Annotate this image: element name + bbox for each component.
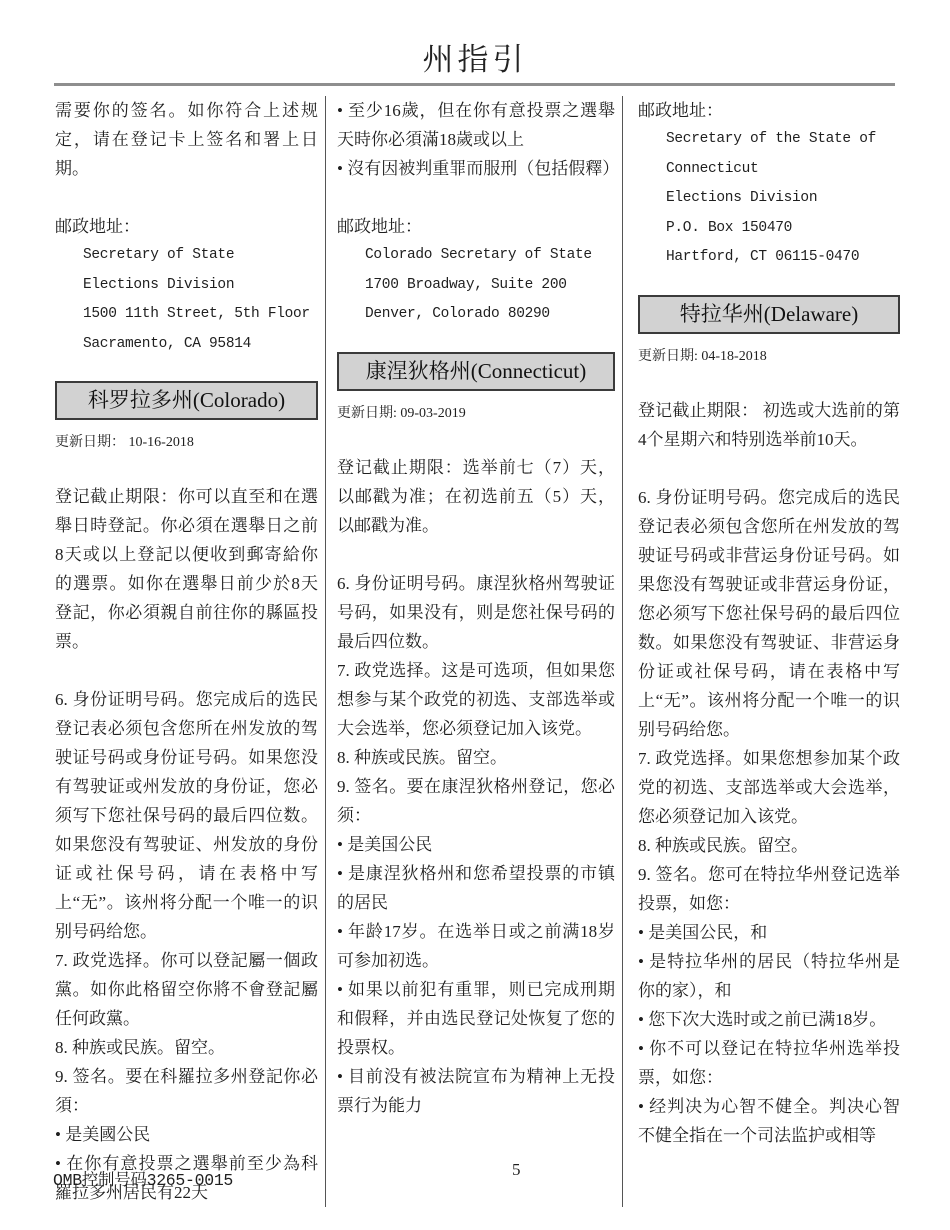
bullet-item: • 至少16歲，但在你有意投票之選舉天時你必須滿18歲或以上 xyxy=(337,96,615,154)
registration-deadline-paragraph: 登记截止期限： 初选或大选前的第4个星期六和特别选举前10天。 xyxy=(638,396,900,454)
updated-date: 更新日期： 10-16-2018 xyxy=(55,432,318,453)
registration-deadline-paragraph: 登记截止期限：你可以直至和在選舉日時登記。你必須在選舉日之前8天或以上登記以便收… xyxy=(55,482,318,656)
address-line: Colorado Secretary of State xyxy=(337,241,615,271)
state-header-colorado: 科罗拉多州(Colorado) xyxy=(55,381,318,420)
address-line: Denver, Colorado 80290 xyxy=(337,300,615,330)
mailing-address-label: 邮政地址： xyxy=(638,96,900,125)
bullet-item: • 如果以前犯有重罪，则已完成刑期和假释，并由选民登记处恢复了您的投票权。 xyxy=(337,975,615,1062)
paragraph: 9. 签名。您可在特拉华州登记选举投票，如您： xyxy=(638,860,900,918)
address-line: Hartford, CT 06115-0470 xyxy=(638,243,900,273)
bullet-item: • 您下次大选时或之前已满18岁。 xyxy=(638,1005,900,1034)
paragraph: 6. 身份证明号码。康涅狄格州驾驶证号码，如果没有，则是您社保号码的最后四位数。 xyxy=(337,569,615,656)
updated-date: 更新日期: 04-18-2018 xyxy=(638,346,900,367)
bullet-item: • 你不可以登记在特拉华州选举投票，如您： xyxy=(638,1034,900,1092)
updated-date: 更新日期: 09-03-2019 xyxy=(337,403,615,424)
paragraph: 6. 身份证明号码。您完成后的选民登记表必须包含您所在州发放的驾驶证号码或身份证… xyxy=(55,685,318,946)
paragraph: 8. 种族或民族。留空。 xyxy=(55,1033,318,1062)
column-right: 邮政地址： Secretary of the State of Connecti… xyxy=(622,96,900,1207)
paragraph: 9. 签名。要在科羅拉多州登記你必須： xyxy=(55,1062,318,1120)
bullet-item: • 目前没有被法院宣布为精神上无投票行为能力 xyxy=(337,1062,615,1120)
state-header-connecticut: 康涅狄格州(Connecticut) xyxy=(337,352,615,391)
bullet-item: • 经判决为心智不健全。判决心智不健全指在一个司法监护或相等 xyxy=(638,1092,900,1150)
address-line: Connecticut xyxy=(638,155,900,185)
address-line: 1700 Broadway, Suite 200 xyxy=(337,271,615,301)
state-header-delaware: 特拉华州(Delaware) xyxy=(638,295,900,334)
page-number: 5 xyxy=(512,1160,521,1180)
page-title: 州指引 xyxy=(0,34,950,79)
bullet-item: • 是美國公民 xyxy=(55,1120,318,1149)
paragraph: 7. 政党选择。这是可选项，但如果您想参与某个政党的初选、支部选举或大会选举，您… xyxy=(337,656,615,743)
bullet-item: • 是美国公民，和 xyxy=(638,918,900,947)
address-line: P.O. Box 150470 xyxy=(638,214,900,244)
paragraph: 8. 种族或民族。留空。 xyxy=(337,743,615,772)
omb-control-number: OMB控制号码3265-0015 xyxy=(53,1166,233,1190)
paragraph: 需要你的签名。如你符合上述规定，请在登记卡上签名和署上日期。 xyxy=(55,96,318,183)
column-left: 需要你的签名。如你符合上述规定，请在登记卡上签名和署上日期。 邮政地址： Sec… xyxy=(55,96,325,1207)
bullet-item: • 是特拉华州的居民（特拉华州是你的家），和 xyxy=(638,947,900,1005)
bullet-item: • 年龄17岁。在选举日或之前满18岁可参加初选。 xyxy=(337,917,615,975)
bullet-item: • 是康涅狄格州和您希望投票的市镇的居民 xyxy=(337,859,615,917)
mailing-address-label: 邮政地址： xyxy=(55,212,318,241)
content-columns: 需要你的签名。如你符合上述规定，请在登记卡上签名和署上日期。 邮政地址： Sec… xyxy=(55,96,900,1207)
bullet-item: • 是美国公民 xyxy=(337,830,615,859)
address-line: Secretary of State xyxy=(55,241,318,271)
paragraph: 7. 政党选择。你可以登記屬一個政黨。如你此格留空你將不會登記屬任何政黨。 xyxy=(55,946,318,1033)
address-line: Secretary of the State of xyxy=(638,125,900,155)
address-line: Sacramento, CA 95814 xyxy=(55,330,318,360)
paragraph: 8. 种族或民族。留空。 xyxy=(638,831,900,860)
paragraph: 7. 政党选择。如果您想参加某个政党的初选、支部选举或大会选举，您必须登记加入该… xyxy=(638,744,900,831)
registration-deadline-paragraph: 登记截止期限：选举前七（7）天，以邮戳为准；在初选前五（5）天，以邮戳为准。 xyxy=(337,453,615,540)
bullet-item: • 沒有因被判重罪而服刑（包括假釋） xyxy=(337,154,615,183)
paragraph: 6. 身份证明号码。您完成后的选民登记表必须包含您所在州发放的驾驶证号码或非营运… xyxy=(638,483,900,744)
mailing-address-label: 邮政地址： xyxy=(337,212,615,241)
column-middle: • 至少16歲，但在你有意投票之選舉天時你必須滿18歲或以上 • 沒有因被判重罪… xyxy=(325,96,622,1207)
address-line: Elections Division xyxy=(638,184,900,214)
address-line: 1500 11th Street, 5th Floor xyxy=(55,300,318,330)
address-line: Elections Division xyxy=(55,271,318,301)
paragraph: 9. 签名。要在康涅狄格州登记，您必须： xyxy=(337,772,615,830)
title-divider-rule xyxy=(54,83,895,86)
